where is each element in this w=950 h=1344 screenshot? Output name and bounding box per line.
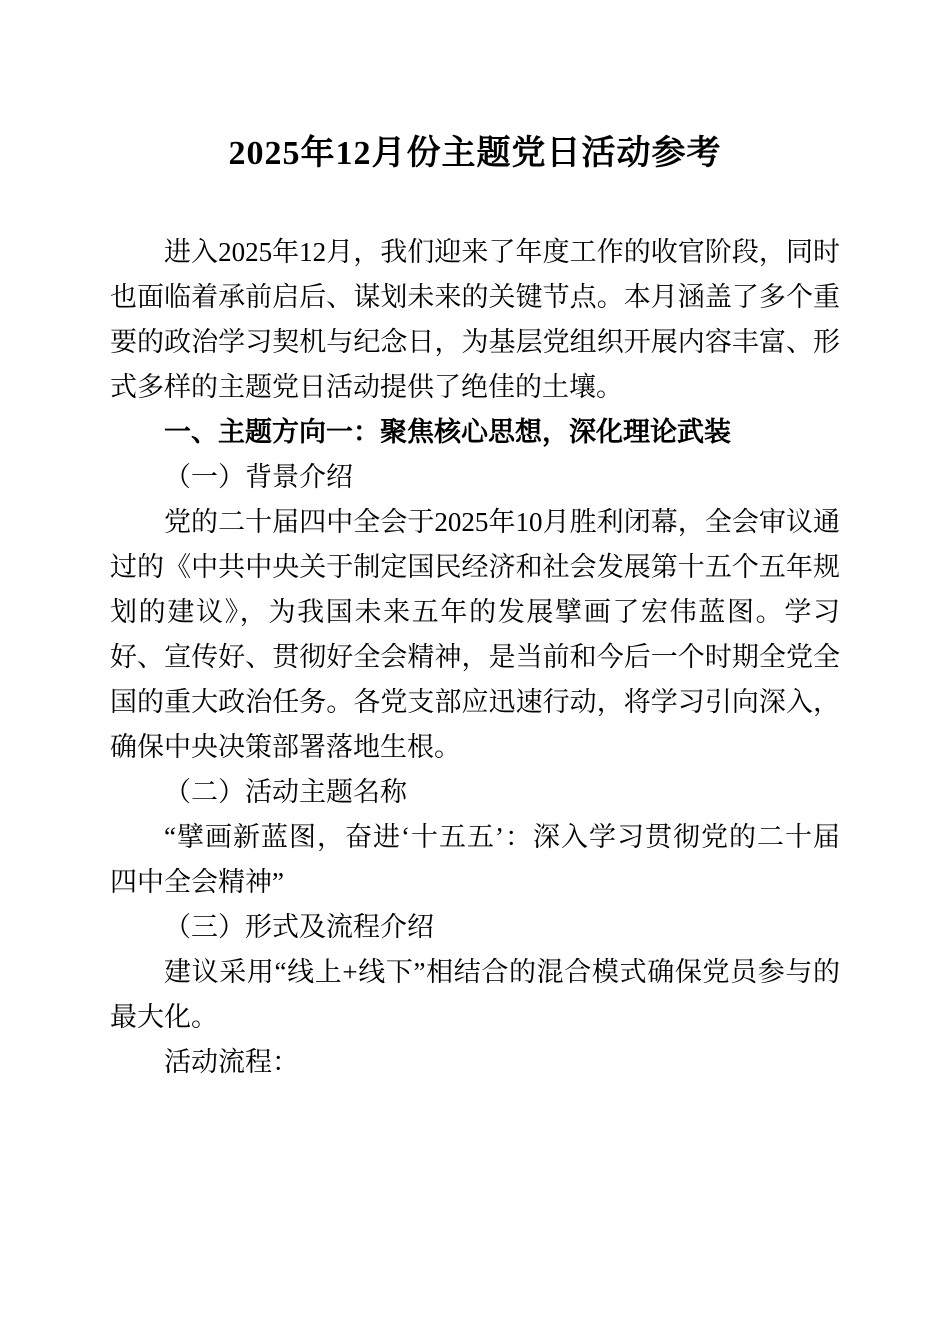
section-heading-theme-direction-1: 一、主题方向一：聚焦核心思想，深化理论武装 — [110, 410, 840, 455]
paragraph-format-suggestion: 建议采用“线上+线下”相结合的混合模式确保党员参与的最大化。 — [110, 950, 840, 1040]
document-body: 进入2025年12月，我们迎来了年度工作的收官阶段，同时也面临着承前启后、谋划未… — [110, 230, 840, 1085]
subsection-heading-format-and-process: （三）形式及流程介绍 — [110, 905, 840, 950]
subsection-heading-background: （一）背景介绍 — [110, 455, 840, 500]
document-page: 2025年12月份主题党日活动参考 进入2025年12月，我们迎来了年度工作的收… — [0, 0, 950, 1344]
paragraph-activity-flow-label: 活动流程： — [110, 1040, 840, 1085]
paragraph-intro: 进入2025年12月，我们迎来了年度工作的收官阶段，同时也面临着承前启后、谋划未… — [110, 230, 840, 410]
document-title: 2025年12月份主题党日活动参考 — [110, 132, 840, 176]
subsection-heading-activity-theme-name: （二）活动主题名称 — [110, 770, 840, 815]
paragraph-activity-theme-name: “擘画新蓝图，奋进‘十五五’：深入学习贯彻党的二十届四中全会精神” — [110, 815, 840, 905]
paragraph-background: 党的二十届四中全会于2025年10月胜利闭幕，全会审议通过的《中共中央关于制定国… — [110, 500, 840, 770]
